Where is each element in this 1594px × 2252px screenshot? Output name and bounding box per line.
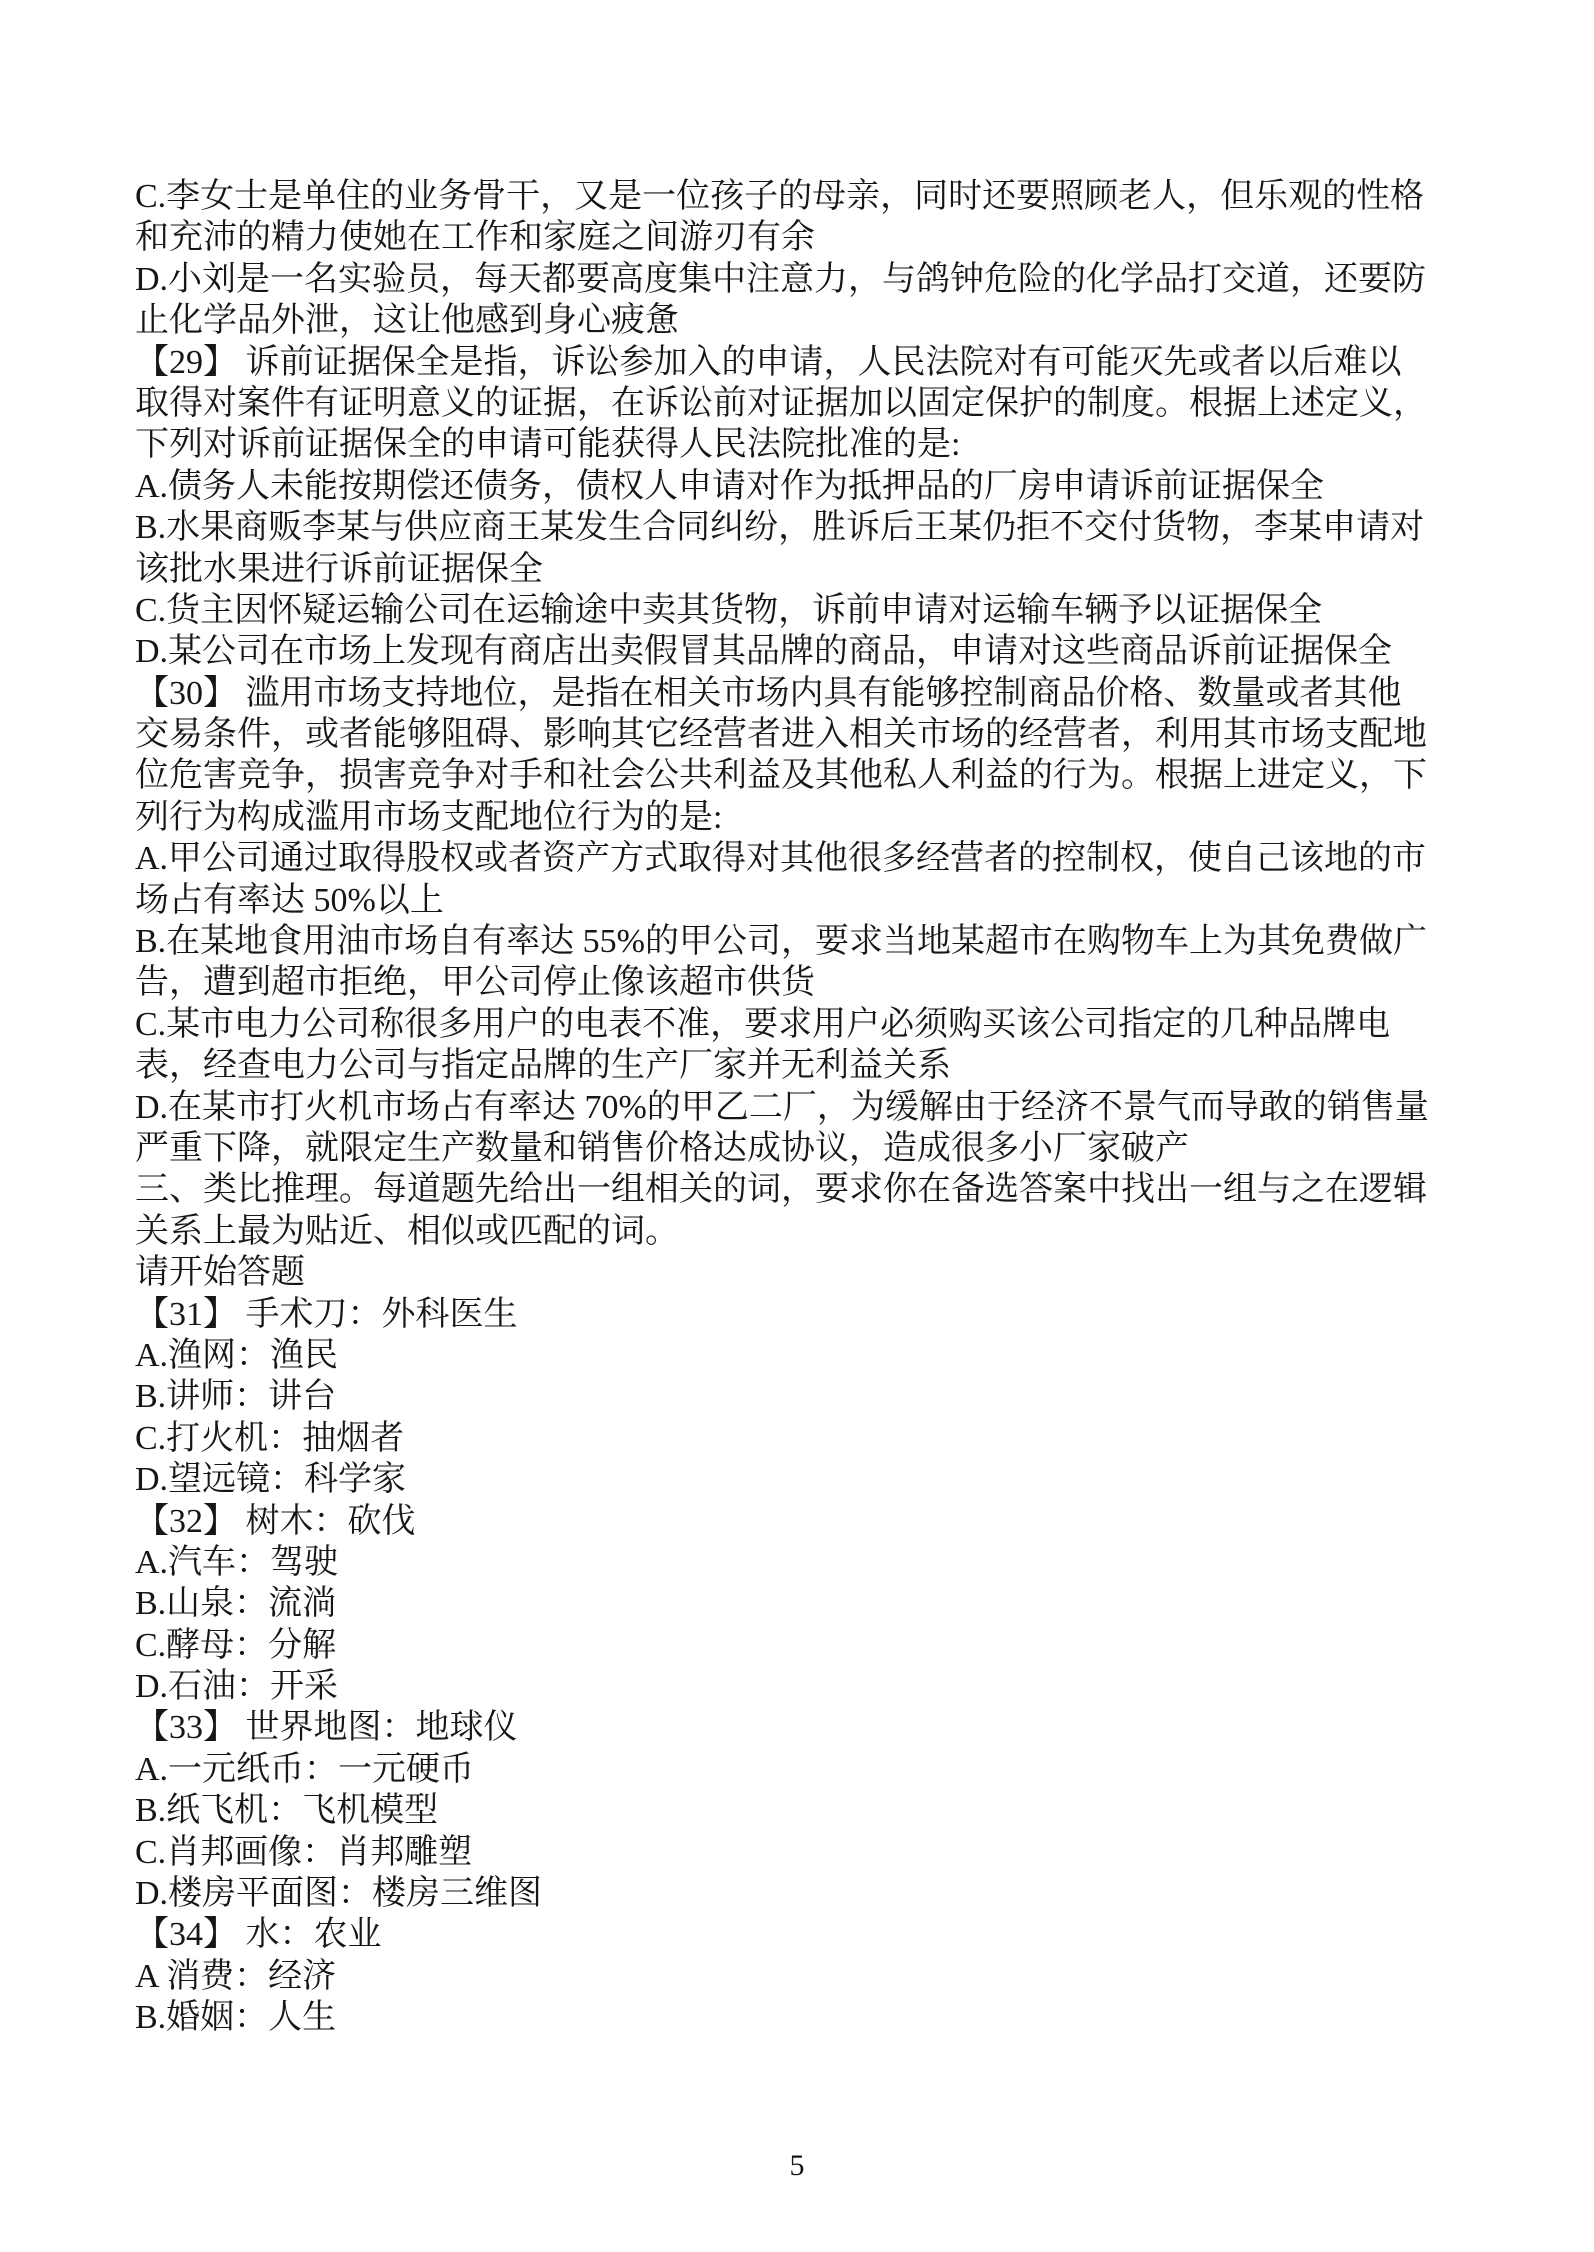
- text-line: B.讲师：讲台: [135, 1376, 1475, 1417]
- text-line: D.石油：开采: [135, 1666, 1475, 1707]
- text-line: D.在某市打火机市场占有率达 70%的甲乙二厂，为缓解由于经济不景气而导敢的销售…: [135, 1087, 1475, 1128]
- text-line: B.在某地食用油市场自有率达 55%的甲公司，要求当地某超市在购物车上为其免费做…: [135, 921, 1475, 962]
- text-line: 下列对诉前证据保全的申请可能获得人民法院批准的是:: [135, 424, 1475, 465]
- text-line: 止化学品外泄，这让他感到身心疲惫: [135, 300, 1475, 341]
- text-line: C.打火机：抽烟者: [135, 1418, 1475, 1459]
- text-line: C.某市电力公司称很多用户的电表不准，要求用户必须购买该公司指定的几种品牌电: [135, 1004, 1475, 1045]
- text-line: D.小刘是一名实验员，每天都要高度集中注意力，与鸽钟危险的化学品打交道，还要防: [135, 259, 1475, 300]
- text-line: 表，经查电力公司与指定品牌的生产厂家并无利益关系: [135, 1045, 1475, 1086]
- text-line: 和充沛的精力使她在工作和家庭之间游刃有余: [135, 217, 1475, 258]
- text-line: 场占有率达 50%以上: [135, 880, 1475, 921]
- text-line: 严重下降，就限定生产数量和销售价格达成协议，造成很多小厂家破产: [135, 1128, 1475, 1169]
- document-body: C.李女士是单住的业务骨干，又是一位孩子的母亲，同时还要照顾老人，但乐观的性格和…: [135, 176, 1475, 2039]
- text-line: A.债务人未能按期偿还债务，债权人申请对作为抵押品的厂房申请诉前证据保全: [135, 466, 1475, 507]
- text-line: 【33】 世界地图：地球仪: [135, 1707, 1475, 1748]
- text-line: 【30】 滥用市场支持地位，是指在相关市场内具有能够控制商品价格、数量或者其他: [135, 673, 1475, 714]
- text-line: 取得对案件有证明意义的证据，在诉讼前对证据加以固定保护的制度。根据上述定义，: [135, 383, 1475, 424]
- text-line: D.某公司在市场上发现有商店出卖假冒其品牌的商品，申请对这些商品诉前证据保全: [135, 631, 1475, 672]
- text-line: 三、类比推理。每道题先给出一组相关的词，要求你在备选答案中找出一组与之在逻辑: [135, 1169, 1475, 1210]
- text-line: 交易条件，或者能够阻碍、影响其它经营者进入相关市场的经营者，利用其市场支配地: [135, 714, 1475, 755]
- text-line: A.汽车：驾驶: [135, 1542, 1475, 1583]
- text-line: D.楼房平面图：楼房三维图: [135, 1873, 1475, 1914]
- text-line: D.望远镜：科学家: [135, 1459, 1475, 1500]
- text-line: A.渔网：渔民: [135, 1335, 1475, 1376]
- text-line: C.货主因怀疑运输公司在运输途中卖其货物，诉前申请对运输车辆予以证据保全: [135, 590, 1475, 631]
- text-line: 列行为构成滥用市场支配地位行为的是:: [135, 797, 1475, 838]
- text-line: B.纸飞机：飞机模型: [135, 1790, 1475, 1831]
- text-line: B.婚姻：人生: [135, 1997, 1475, 2038]
- text-line: 关系上最为贴近、相似或匹配的词。: [135, 1211, 1475, 1252]
- text-line: 【32】 树木：砍伐: [135, 1501, 1475, 1542]
- text-line: 【29】 诉前证据保全是指，诉讼参加入的申请，人民法院对有可能灭先或者以后难以: [135, 342, 1475, 383]
- text-line: A.甲公司通过取得股权或者资产方式取得对其他很多经营者的控制权，使自己该地的市: [135, 838, 1475, 879]
- document-page: C.李女士是单住的业务骨干，又是一位孩子的母亲，同时还要照顾老人，但乐观的性格和…: [0, 0, 1594, 2252]
- text-line: B.水果商贩李某与供应商王某发生合同纠纷，胜诉后王某仍拒不交付货物，李某申请对: [135, 507, 1475, 548]
- text-line: C.酵母：分解: [135, 1625, 1475, 1666]
- text-line: A 消费：经济: [135, 1956, 1475, 1997]
- text-line: 该批水果进行诉前证据保全: [135, 549, 1475, 590]
- text-line: B.山泉：流淌: [135, 1583, 1475, 1624]
- text-line: 【34】 水：农业: [135, 1914, 1475, 1955]
- text-line: 告，遭到超市拒绝，甲公司停止像该超市供货: [135, 962, 1475, 1003]
- text-line: C.肖邦画像：肖邦雕塑: [135, 1832, 1475, 1873]
- text-line: A.一元纸币：一元硬币: [135, 1749, 1475, 1790]
- text-line: 【31】 手术刀：外科医生: [135, 1294, 1475, 1335]
- text-line: 位危害竞争，损害竞争对手和社会公共利益及其他私人利益的行为。根据上进定义，下: [135, 755, 1475, 796]
- text-line: C.李女士是单住的业务骨干，又是一位孩子的母亲，同时还要照顾老人，但乐观的性格: [135, 176, 1475, 217]
- text-line: 请开始答题: [135, 1252, 1475, 1293]
- page-number: 5: [0, 2148, 1594, 2184]
